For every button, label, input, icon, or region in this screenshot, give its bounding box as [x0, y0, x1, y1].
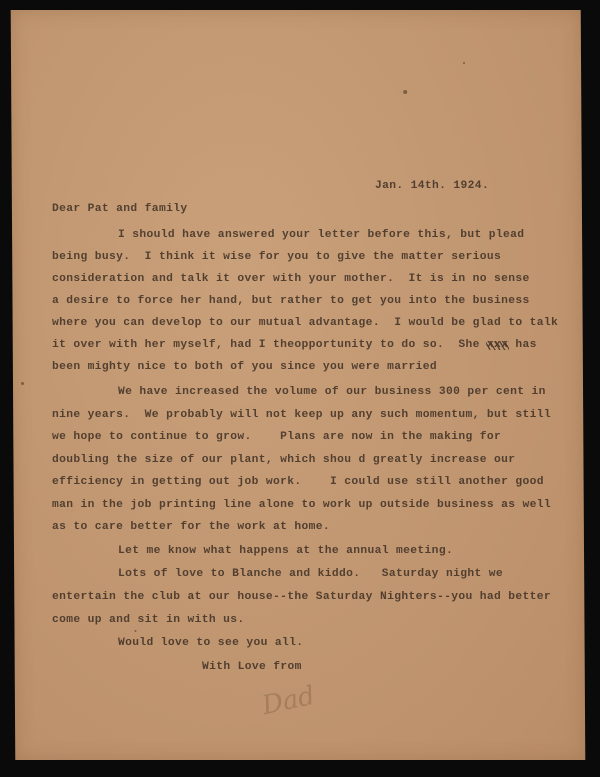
- body-line: a desire to force her hand, but rather t…: [52, 296, 530, 307]
- closing: With Love from: [202, 662, 302, 673]
- body-line: doubling the size of our plant, which sh…: [52, 455, 515, 466]
- body-line: Let me know what happens at the annual m…: [118, 546, 453, 557]
- body-line: entertain the club at our house--the Sat…: [52, 592, 551, 603]
- body-line: Lots of love to Blanche and kiddo. Satur…: [118, 569, 503, 580]
- paper-speck: [403, 90, 407, 94]
- body-line-with-strikeout: it over with her myself, had I theopport…: [52, 340, 537, 351]
- paper-speck: [21, 382, 24, 385]
- body-line: been mighty nice to both of you since yo…: [52, 362, 437, 373]
- struck-out-word: xxx: [487, 340, 508, 351]
- body-line: efficiency in getting out job work. I co…: [52, 477, 544, 488]
- paper-speck: [463, 62, 465, 64]
- body-line: we hope to continue to grow. Plans are n…: [52, 432, 501, 443]
- body-line: being busy. I think it wise for you to g…: [52, 252, 501, 263]
- body-line: come up and sit in with us.: [52, 615, 245, 626]
- letter-date: Jan. 14th. 1924.: [375, 181, 489, 192]
- body-line-text: it over with her myself, had I theopport…: [52, 339, 487, 351]
- body-line: nine years. We probably will not keep up…: [52, 410, 551, 421]
- body-line: We have increased the volume of our busi…: [118, 387, 546, 398]
- body-line-text: has: [515, 339, 536, 351]
- body-line: Would love to see you all.: [118, 638, 303, 649]
- body-line: as to care better for the work at home.: [52, 522, 330, 533]
- body-line: where you can develop to our mutual adva…: [52, 318, 558, 329]
- paper-speck: [134, 630, 136, 632]
- body-line: I should have answered your letter befor…: [118, 230, 524, 241]
- salutation: Dear Pat and family: [52, 204, 187, 215]
- body-line: consideration and talk it over with your…: [52, 274, 530, 285]
- scan-background: Jan. 14th. 1924. Dear Pat and family I s…: [0, 0, 600, 777]
- body-line: man in the job printing line alone to wo…: [52, 500, 551, 511]
